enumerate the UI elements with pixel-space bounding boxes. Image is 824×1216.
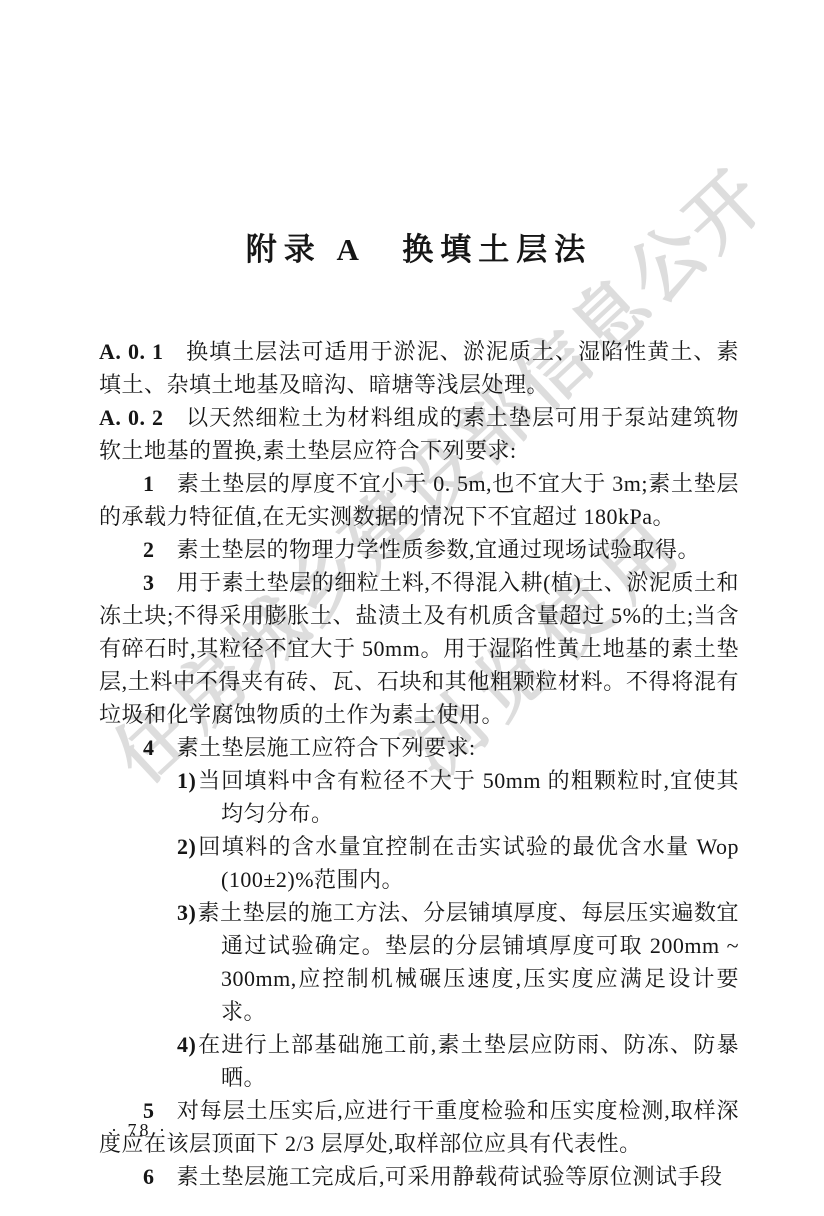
paragraph-label: 1)	[177, 768, 196, 793]
paragraph-text: 回填料的含水量宜控制在击实试验的最优含水量 Wop (100±2)%范围内。	[197, 834, 739, 892]
item-paragraph: 3用于素土垫层的细粒土料,不得混入耕(植)土、淤泥质土和冻土块;不得采用膨胀土、…	[99, 566, 739, 731]
paragraph-text: 素土垫层的施工方法、分层铺填厚度、每层压实遍数宜通过试验确定。垫层的分层铺填厚度…	[197, 900, 739, 1024]
item-paragraph: 2素土垫层的物理力学性质参数,宜通过现场试验取得。	[99, 533, 739, 566]
paragraph-text: 换填土层法可适用于淤泥、淤泥质土、湿陷性黄土、素填土、杂填土地基及暗沟、暗塘等浅…	[99, 339, 739, 397]
clause-paragraph: A. 0. 1换填土层法可适用于淤泥、淤泥质土、湿陷性黄土、素填土、杂填土地基及…	[99, 335, 739, 401]
clause-paragraph: A. 0. 2以天然细粒土为材料组成的素土垫层可用于泵站建筑物软土地基的置换,素…	[99, 401, 739, 467]
item-paragraph: 5对每层土压实后,应进行干重度检验和压实度检测,取样深度应在该层顶面下 2/3 …	[99, 1094, 739, 1160]
paragraph-text: 素土垫层的厚度不宜小于 0. 5m,也不宜大于 3m;素土垫层的承载力特征值,在…	[99, 471, 739, 529]
paragraph-label: 6	[143, 1164, 155, 1189]
document-body: A. 0. 1换填土层法可适用于淤泥、淤泥质土、湿陷性黄土、素填土、杂填土地基及…	[99, 335, 739, 1193]
page-number: · 78 ·	[111, 1120, 168, 1141]
item-paragraph: 1素土垫层的厚度不宜小于 0. 5m,也不宜大于 3m;素土垫层的承载力特征值,…	[99, 467, 739, 533]
item-paragraph: 6素土垫层施工完成后,可采用静载荷试验等原位测试手段	[99, 1160, 739, 1193]
subitem-paragraph: 3)素土垫层的施工方法、分层铺填厚度、每层压实遍数宜通过试验确定。垫层的分层铺填…	[99, 896, 739, 1028]
paragraph-label: A. 0. 1	[99, 339, 164, 364]
paragraph-text: 对每层土压实后,应进行干重度检验和压实度检测,取样深度应在该层顶面下 2/3 层…	[99, 1098, 739, 1156]
paragraph-text: 当回填料中含有粒径不大于 50mm 的粗颗粒时,宜使其均匀分布。	[197, 768, 739, 826]
paragraph-text: 素土垫层施工完成后,可采用静载荷试验等原位测试手段	[177, 1164, 723, 1189]
page-title: 附录 A 换填土层法	[99, 224, 739, 269]
subitem-paragraph: 1)当回填料中含有粒径不大于 50mm 的粗颗粒时,宜使其均匀分布。	[99, 764, 739, 830]
paragraph-text: 以天然细粒土为材料组成的素土垫层可用于泵站建筑物软土地基的置换,素土垫层应符合下…	[99, 405, 739, 463]
paragraph-label: 1	[143, 471, 155, 496]
paragraph-label: 3	[143, 570, 155, 595]
paragraph-label: 2	[143, 537, 155, 562]
subitem-paragraph: 2)回填料的含水量宜控制在击实试验的最优含水量 Wop (100±2)%范围内。	[99, 830, 739, 896]
document-content: 附录 A 换填土层法 A. 0. 1换填土层法可适用于淤泥、淤泥质土、湿陷性黄土…	[99, 224, 739, 1193]
document-page: 住房城乡建设部信息公开 浏览使用 附录 A 换填土层法 A. 0. 1换填土层法…	[0, 0, 824, 1216]
paragraph-label: A. 0. 2	[99, 405, 164, 430]
paragraph-text: 素土垫层施工应符合下列要求:	[177, 735, 476, 760]
paragraph-label: 2)	[177, 834, 196, 859]
paragraph-text: 素土垫层的物理力学性质参数,宜通过现场试验取得。	[177, 537, 701, 562]
paragraph-label: 3)	[177, 900, 196, 925]
paragraph-text: 在进行上部基础施工前,素土垫层应防雨、防冻、防暴晒。	[197, 1032, 739, 1090]
paragraph-label: 4	[143, 735, 155, 760]
item-paragraph: 4素土垫层施工应符合下列要求:	[99, 731, 739, 764]
paragraph-label: 4)	[177, 1032, 196, 1057]
paragraph-text: 用于素土垫层的细粒土料,不得混入耕(植)土、淤泥质土和冻土块;不得采用膨胀土、盐…	[99, 570, 739, 727]
subitem-paragraph: 4)在进行上部基础施工前,素土垫层应防雨、防冻、防暴晒。	[99, 1028, 739, 1094]
